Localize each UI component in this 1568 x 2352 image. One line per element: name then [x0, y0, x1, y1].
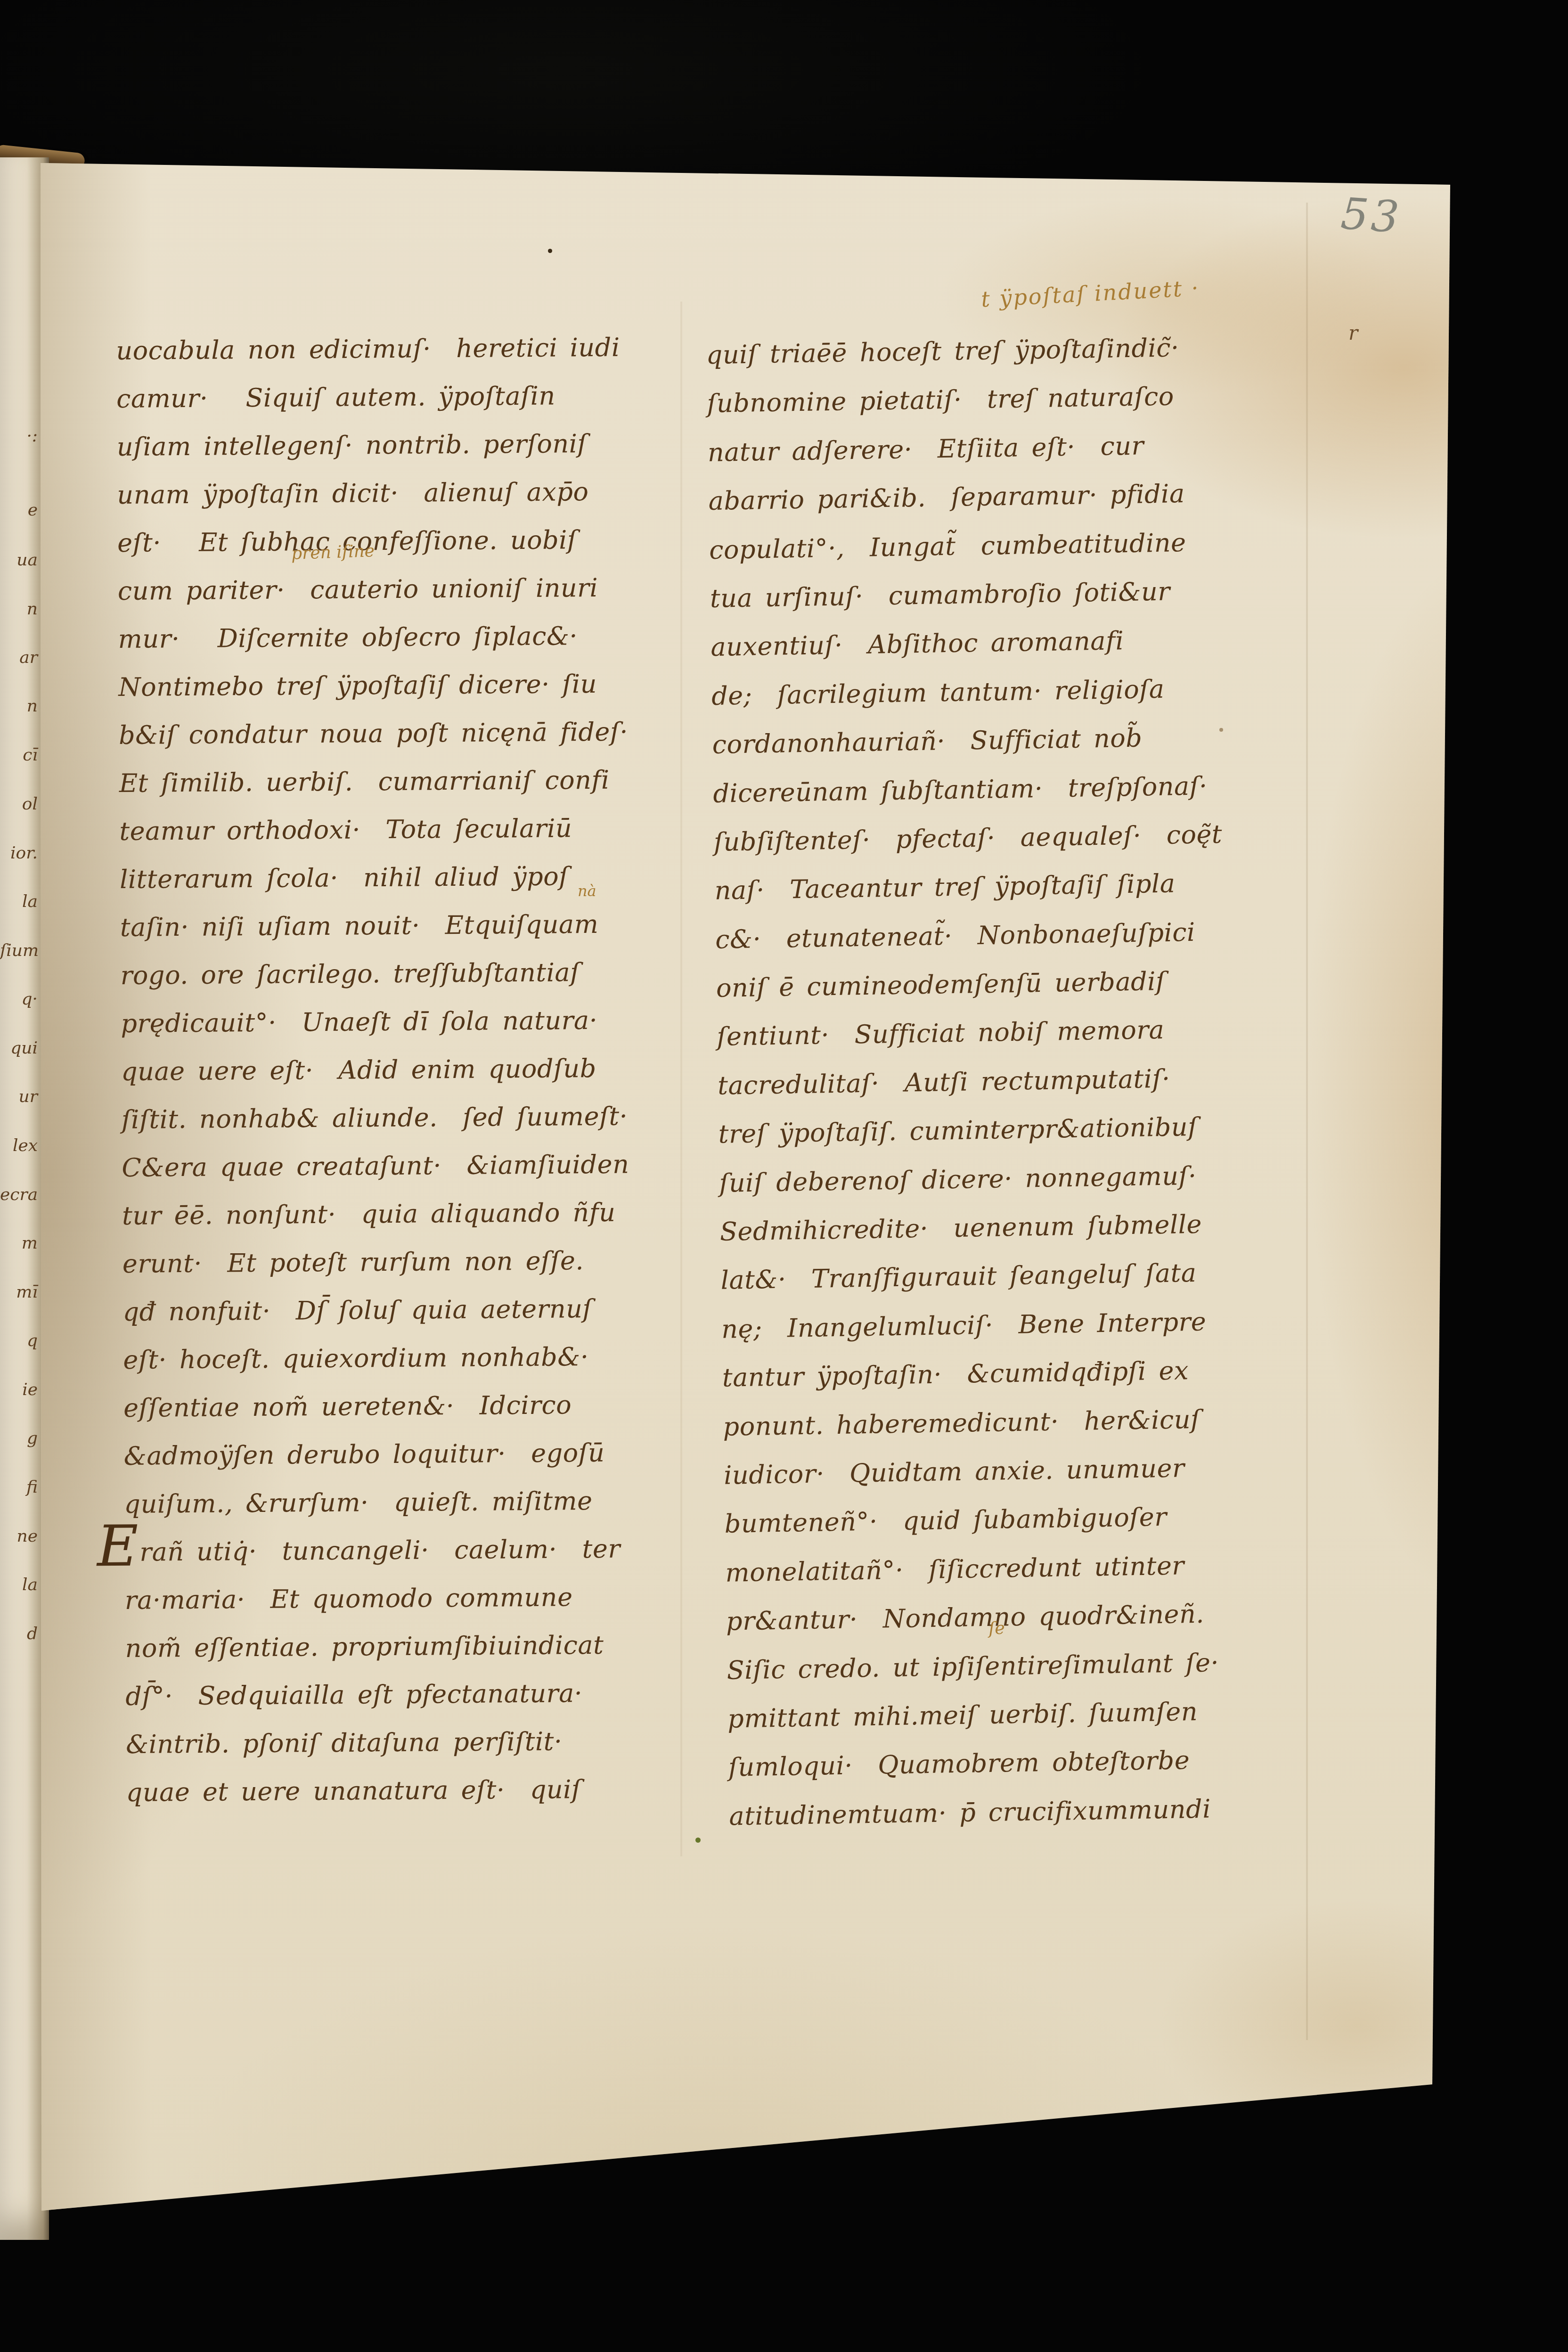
ruling-line: [1306, 203, 1308, 2040]
manuscript-line: prędicauit°· Unaeſt dī ſola natura·: [121, 996, 630, 1048]
facing-page-text-fragment: q: [0, 1331, 38, 1350]
manuscript-line: ra·maria· Et quomodo commune: [125, 1573, 635, 1625]
manuscript-line: erunt· Et poteſt rurſum non eſſe.: [122, 1236, 632, 1288]
manuscript-line: naſ· Taceantur treſ ÿpoſtaſiſ ſipla: [714, 858, 1224, 915]
manuscript-line: dſ̄°· Sedquiailla eſt pfectanatura·: [125, 1669, 635, 1721]
facing-page-text-fragment: mī: [0, 1282, 38, 1302]
manuscript-line: Erañ utiq̇· tuncangeli· caelum· ter: [124, 1525, 634, 1576]
facing-page-text-fragment: lex: [0, 1136, 38, 1155]
manuscript-line: &admoÿſen derubo loquitur· egoſū: [123, 1429, 633, 1480]
manuscript-line: tua urſinuſ· cumambroſio ſoti&ur: [710, 566, 1219, 623]
manuscript-line: c&· etunateneat̃· Nonbonaeſuſpici: [715, 907, 1224, 964]
manuscript-line: Sedmihicredite· uenenum ſubmelle: [719, 1200, 1229, 1256]
manuscript-page: 53 t ÿpoſtaſ induett · r uocabula non ed…: [0, 0, 1568, 2352]
ruling-line: [680, 302, 682, 1856]
manuscript-line: abarrio pari&ib. ſeparamur· pfidia: [708, 469, 1217, 525]
manuscript-line: ſubnomine pietatiſ· treſ naturaſco: [707, 371, 1216, 428]
manuscript-line: natur adſerere· Etſiita eſt· cur: [707, 420, 1217, 477]
ink-speck: [548, 249, 552, 253]
facing-page-text-fragment: ecra: [0, 1185, 38, 1204]
manuscript-line: uocabula non edicimuſ· heretici iudi: [116, 323, 626, 375]
facing-page-text-fragment: qui: [0, 1038, 38, 1058]
manuscript-line: quiſum., &rurſum· quieſt. miſitme: [124, 1477, 634, 1528]
manuscript-line: dicereūnam ſubſtantiam· treſpſonaſ·: [713, 761, 1222, 817]
manuscript-line: monelatitañ°· ſiſiccredunt utinter: [725, 1540, 1234, 1597]
manuscript-line: atitudinemtuam· p̄ crucifixummundi: [729, 1784, 1238, 1840]
manuscript-line: C&era quae creataſunt· &iamſiuiden: [122, 1140, 631, 1192]
manuscript-line: pr&antur· Nondamno quodr&ineñ.: [726, 1589, 1235, 1646]
manuscript-line: ſumloqui· Quamobrem obteſtorbe: [728, 1735, 1237, 1792]
manuscript-line: eſſentiae nom̃ uereten&· Idcirco: [123, 1380, 633, 1432]
photo-stage: ·:euanarncīolior.laſiumq·quiurlexecrammī…: [0, 0, 1568, 2352]
manuscript-line: oniſ ē cumineodemſenſū uerbadiſ: [716, 956, 1225, 1013]
facing-page-text-fragment: ar: [0, 648, 38, 667]
manuscript-line: Nontimebo treſ ÿpoſtaſiſ dicere· ſiu: [118, 660, 628, 711]
manuscript-line: ſentiunt· Sufficiat nobiſ memora: [717, 1004, 1226, 1061]
manuscript-line: camur· Siquiſ autem. ÿpoſtaſin: [116, 371, 626, 423]
manuscript-line: cum pariter· cauterio unioniſ inuri: [118, 563, 628, 615]
manuscript-line: copulati°·, Iungat̃ cumbeatitudine: [709, 518, 1218, 574]
manuscript-line: auxentiuſ· Abſithoc aromanafi: [710, 615, 1220, 671]
facing-page-text-fragment: ior.: [0, 843, 38, 863]
manuscript-line: nę; Inangelumluciſ· Bene Interpre: [721, 1297, 1230, 1354]
facing-page-text-fragment: q·: [0, 989, 38, 1009]
manuscript-line: de; ſacrilegium tantum· religioſa: [711, 664, 1220, 720]
margin-mark: r: [1348, 321, 1358, 344]
manuscript-line: lat&· Tranſfigurauit ſeangeluſ ſata: [720, 1248, 1230, 1305]
manuscript-line: uſiam intellegenſ· nontrib. perſoniſ: [116, 419, 626, 471]
manuscript-line: nom̃ eſſentiae. propriumſibiuindicat: [125, 1621, 635, 1673]
manuscript-line: qđ nonfuit· Dſ̄ ſoluſ quia aeternuſ: [122, 1284, 632, 1336]
facing-page-text-fragment: ua: [0, 550, 38, 570]
facing-page-text-fragment: n: [0, 599, 38, 619]
manuscript-line: mur· Diſcernite obſecro ſiplac&·: [118, 612, 628, 663]
manuscript-line: tur ēē. nonſunt· quia aliquando ñfu: [122, 1188, 632, 1240]
green-speck: [695, 1837, 701, 1843]
facing-page-text-fragment: ·:: [0, 426, 38, 446]
manuscript-line: pmittant mihi.meiſ uerbiſ. ſuumſen: [727, 1687, 1236, 1743]
facing-page-text-fragment: cī: [0, 745, 38, 765]
text-column-left: uocabula non edicimuſ· heretici iudicamu…: [116, 323, 636, 1816]
facing-page-text-fragment: la: [0, 892, 38, 911]
manuscript-line: quae uere eſt· Adid enim quodſub: [121, 1044, 631, 1096]
manuscript-line: quae et uere unanatura eſt· quiſ: [126, 1765, 636, 1817]
enlarged-initial: E: [97, 1514, 139, 1580]
manuscript-line: taſin· niſi uſiam nouit· Etquiſquam: [120, 900, 630, 952]
manuscript-line: Et ſimilib. uerbiſ. cumarrianiſ confi: [119, 756, 629, 808]
facing-page-text-fragment: d: [0, 1624, 38, 1643]
manuscript-line: b&iſ condatur noua poſt nicęnā fideſ·: [119, 708, 629, 759]
facing-page-text-fragment: ſium: [0, 941, 38, 960]
facing-page-text-fragment: fi: [0, 1478, 38, 1497]
manuscript-line: ſubſiſtenteſ· pfectaſ· aequaleſ· coę̃t: [713, 810, 1223, 866]
facing-page-text-fragment: ne: [0, 1527, 38, 1546]
manuscript-line: unam ÿpoſtaſin dicit· alienuſ axp̄o: [117, 467, 627, 519]
manuscript-line: iudicor· Quidtam anxie. unumuer: [723, 1443, 1233, 1500]
manuscript-line: tacredulitaſ· Autſi rectumputatiſ·: [717, 1053, 1226, 1110]
facing-page-text-fragment: m: [0, 1233, 38, 1253]
manuscript-line: bumteneñ°· quid ſubambiguoſer: [724, 1492, 1233, 1548]
manuscript-line: litterarum ſcola· nihil aliud ÿpoſ: [120, 852, 629, 904]
facing-page-text-fragment: n: [0, 696, 38, 716]
manuscript-line: rogo. ore ſacrilego. treſſubſtantiaſ: [120, 948, 630, 1000]
facing-page-text-fragment: la: [0, 1575, 38, 1594]
manuscript-line: cordanonhauriañ· Sufficiat nob̃: [712, 712, 1221, 769]
facing-page-text-fragment: ie: [0, 1380, 38, 1399]
manuscript-line: ſiſtit. nonhab& aliunde. ſed ſuumeſt·: [121, 1092, 631, 1144]
facing-page-text-fragment: e: [0, 500, 38, 520]
manuscript-line: eſt· hoceſt. quiexordium nonhab&·: [123, 1332, 633, 1384]
folio-number: 53: [1339, 188, 1403, 243]
manuscript-line: teamur orthodoxi· Tota ſeculariū: [119, 804, 629, 856]
manuscript-line: Siſic credo. ut ipſiſentireſimulant ſe·: [727, 1638, 1236, 1694]
facing-page-text-fragment: ur: [0, 1087, 38, 1106]
manuscript-line: quiſ triaēē hoceſt treſ ÿpoſtaſindic̃·: [706, 323, 1215, 379]
manuscript-line: ponunt. haberemedicunt· her&icuſ: [723, 1394, 1232, 1451]
manuscript-line: treſ ÿpoſtaſiſ. cuminterpr&ationibuſ: [718, 1102, 1227, 1159]
manuscript-line: tantur ÿpoſtaſin· &cumidqđipſi ex: [722, 1346, 1231, 1402]
facing-page-text-fragment: ol: [0, 794, 38, 814]
manuscript-line: &intrib. pſoniſ ditaſuna perſiſtit·: [126, 1717, 636, 1769]
facing-page-text-fragment: g: [0, 1429, 38, 1448]
manuscript-line: ſuiſ deberenoſ dicere· nonnegamuſ·: [719, 1151, 1228, 1207]
text-column-right: quiſ triaēē hoceſt treſ ÿpoſtaſindic̃·ſu…: [706, 323, 1238, 1841]
manuscript-line: eſt· Et ſubhac confeſſione. uobiſ: [117, 515, 627, 567]
